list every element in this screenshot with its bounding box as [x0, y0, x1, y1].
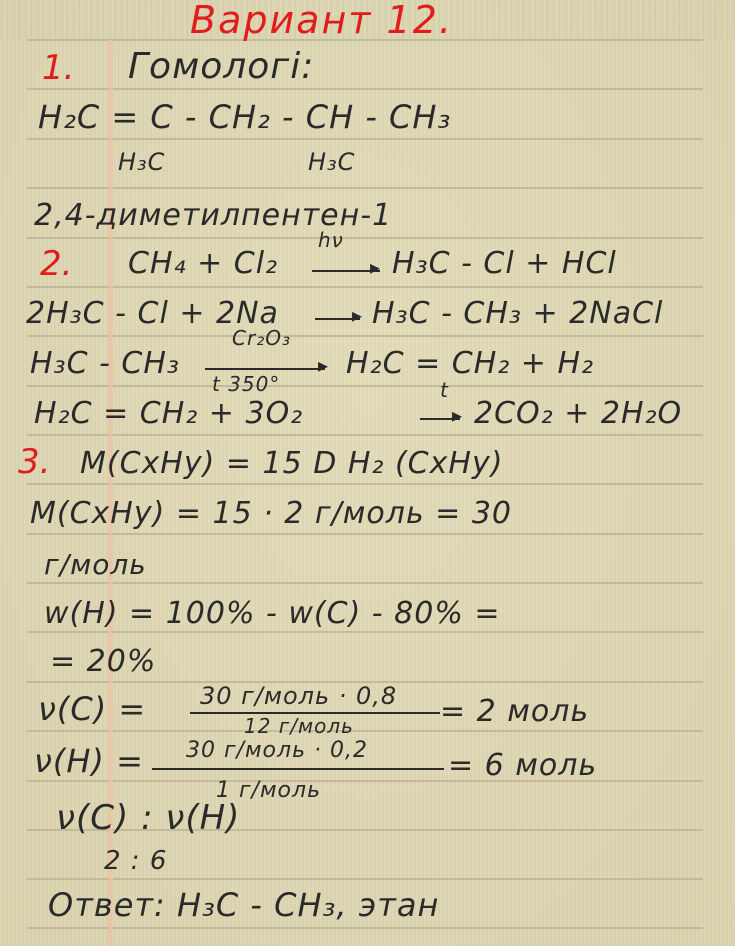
reaction-arrow-head: ▸ — [352, 303, 363, 327]
ruled-line — [27, 533, 703, 535]
reaction-left: H₃C - CH₃ — [30, 346, 180, 381]
reaction-condition-top: Cr₂O₃ — [232, 326, 291, 350]
task2-number: 2. — [40, 244, 72, 284]
reaction-condition-bottom: t 350° — [212, 372, 280, 396]
reaction-condition-top: hν — [318, 228, 344, 252]
reaction-condition-top: t — [440, 378, 449, 402]
ruled-line — [27, 385, 703, 387]
reaction-left: H₂C = CH₂ + 3O₂ — [34, 396, 303, 431]
ruled-line — [27, 582, 703, 584]
reaction-right: H₂C = CH₂ + H₂ — [346, 346, 594, 381]
ratio-label: ν(C) : ν(H) — [56, 798, 240, 838]
task1-formula: H₂C = C - CH₂ - CH - CH₃ — [38, 98, 451, 136]
ruled-line — [27, 237, 703, 239]
ruled-line — [27, 88, 703, 90]
nu-h-label: ν(H) = — [34, 742, 144, 780]
task1-heading: Гомологі: — [128, 46, 314, 87]
ruled-line — [27, 483, 703, 485]
reaction-right: H₃C - Cl + HCl — [392, 246, 617, 281]
task1-number: 1. — [42, 48, 74, 88]
ruled-line — [27, 335, 703, 337]
ratio-value: 2 : 6 — [104, 846, 167, 876]
nu-h-result: = 6 моль — [448, 748, 597, 783]
task3-line: = 20% — [50, 644, 156, 679]
task3-line: M(CxHy) = 15 D H₂ (CxHy) — [80, 446, 503, 481]
page-title: Вариант 12. — [190, 0, 453, 42]
reaction-arrow-head: ▸ — [452, 403, 463, 427]
ruled-line — [27, 780, 703, 782]
reaction-arrow-head: ▸ — [370, 255, 381, 279]
task3-line: M(CxHy) = 15 · 2 г/моль = 30 — [30, 496, 512, 531]
ruled-line — [27, 730, 703, 732]
reaction-right: 2CO₂ + 2H₂O — [474, 396, 682, 431]
reaction-arrow-head: ▸ — [318, 353, 329, 377]
nu-c-denominator: 12 г/моль — [244, 714, 354, 738]
answer: Ответ: H₃C - CH₃, этан — [48, 886, 439, 924]
ruled-line — [27, 878, 703, 880]
nu-h-numerator: 30 г/моль · 0,2 — [186, 738, 368, 763]
ruled-line — [27, 631, 703, 633]
reaction-left: CH₄ + Cl₂ — [128, 246, 278, 281]
task3-line: w(H) = 100% - w(C) - 80% = — [44, 596, 501, 631]
task3-line: г/моль — [44, 548, 147, 581]
nu-c-numerator: 30 г/моль · 0,8 — [200, 682, 397, 710]
task1-branch-right: H₃C — [308, 148, 355, 176]
ruled-line — [27, 187, 703, 189]
ruled-line — [27, 138, 703, 140]
reaction-arrow — [205, 368, 325, 370]
ruled-line — [27, 927, 703, 929]
notebook-page: Вариант 12. 1. Гомологі: H₂C = C - CH₂ -… — [0, 0, 735, 946]
nu-c-result: = 2 моль — [440, 694, 589, 729]
fraction-bar — [152, 768, 444, 770]
ruled-line — [27, 434, 703, 436]
task3-number: 3. — [18, 442, 50, 482]
task1-branch-left: H₃C — [118, 148, 165, 176]
ruled-line — [27, 286, 703, 288]
reaction-right: H₃C - CH₃ + 2NaCl — [372, 296, 663, 331]
nu-c-label: ν(C) = — [38, 690, 146, 728]
